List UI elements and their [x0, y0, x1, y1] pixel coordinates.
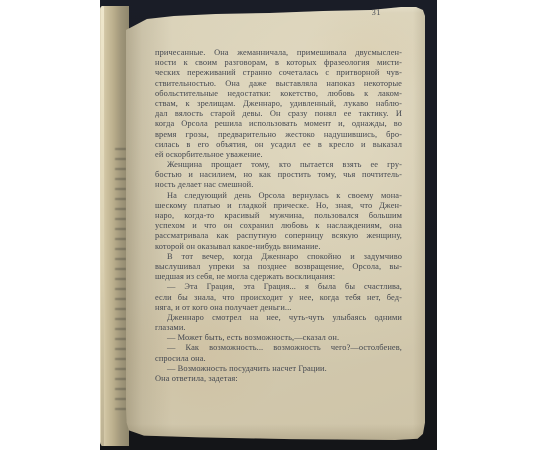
text-line: силась в его объятия, он усадил ее в кре…	[155, 140, 402, 150]
text-line: обольстительные недостатки: кокетство, л…	[155, 89, 402, 99]
text-line: — Может быть, есть возможность,—сказал о…	[155, 333, 402, 343]
book-photo: причесанные. Она жеманничала, примешивал…	[100, 0, 437, 450]
screenshot-root: { "book_page": { "page_number": "31", "l…	[0, 0, 550, 450]
right-page: причесанные. Она жеманничала, примешивал…	[126, 4, 425, 440]
text-line: шедшая из себя, не могла сдержать воскли…	[155, 272, 402, 282]
text-line: глазами.	[155, 323, 402, 333]
text-line: В тот вечер, когда Дженнаро спокойно и з…	[155, 252, 402, 262]
text-line: ей оскорбительное уважение.	[155, 150, 402, 160]
text-line: наро, когда-то красивый мужчина, пользов…	[155, 211, 402, 221]
text-line: если бы знала, что происходит у нее, ког…	[155, 293, 402, 303]
text-line: успехом и что он сохранил любовь к насла…	[155, 221, 402, 231]
text-line: шескому платью и гладкой прическе. Но, з…	[155, 201, 402, 211]
text-line: причесанные. Она жеманничала, примешивал…	[155, 48, 402, 58]
text-line: няга, и от кого она получает деньги...	[155, 303, 402, 313]
left-page-text-fragments	[115, 148, 126, 410]
text-line: ствам, к зрелищам. Дженнаро, удивленный,…	[155, 99, 402, 109]
text-line: ствительностью. Она даже выставляла напо…	[155, 79, 402, 89]
page-edges-gutter	[100, 6, 129, 446]
text-line: дал вялость старой девы. Он сразу понял …	[155, 109, 402, 119]
text-line: бостью и насилием, но как простить тому,…	[155, 170, 402, 180]
text-line: ности к своим разговорам, в которых фраз…	[155, 58, 402, 68]
page-text: причесанные. Она жеманничала, примешивал…	[155, 48, 402, 384]
text-line: — Как возможность... возможность чего?—о…	[155, 343, 402, 353]
text-line: спросила она.	[155, 354, 402, 364]
page-number: 31	[126, 8, 425, 17]
text-line: ческих переживаний странно сочеталась с …	[155, 68, 402, 78]
text-line: На следующий день Орсола вернулась к сво…	[155, 191, 402, 201]
text-line: ность делает нас смешной.	[155, 180, 402, 190]
text-line: Дженнаро смотрел на нее, чуть-чуть улыба…	[155, 313, 402, 323]
text-line: Женщина прощает тому, кто пытается взять…	[155, 160, 402, 170]
text-line: которой он оказывал какое-нибудь внимани…	[155, 242, 402, 252]
text-line: — Возможность посудачить насчет Грации.	[155, 364, 402, 374]
text-line: выслушивал упреки за позднее возвращение…	[155, 262, 402, 272]
text-line: — Эта Грация, эта Грация... я была бы сч…	[155, 282, 402, 292]
text-line: время грозы, предварительно жестоко наду…	[155, 130, 402, 140]
text-line: Она ответила, задетая:	[155, 374, 402, 384]
text-line: когда Орсола решила использовать момент …	[155, 119, 402, 129]
text-line: рассматривала как распутную соперницу вс…	[155, 231, 402, 241]
